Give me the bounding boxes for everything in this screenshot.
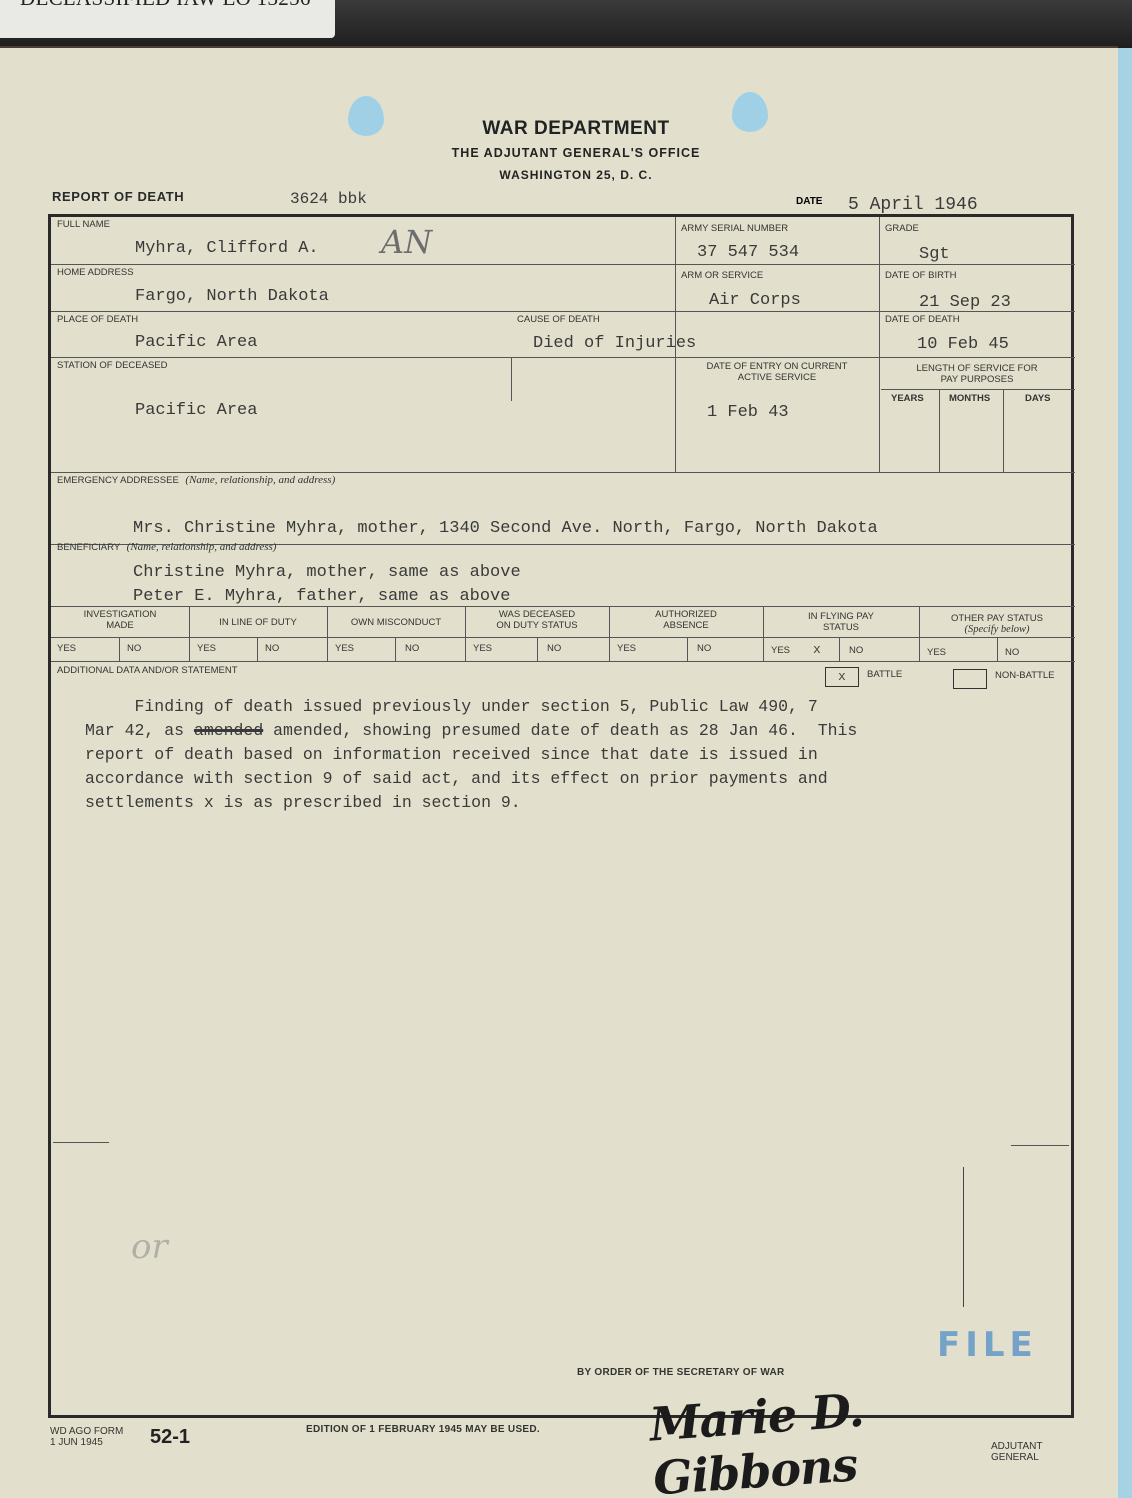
non-battle-checkbox[interactable] bbox=[953, 669, 987, 689]
birth-date-label: DATE OF BIRTH bbox=[885, 270, 956, 281]
statement-line: Finding of death issued previously under… bbox=[85, 695, 1005, 719]
full-name-value: Myhra, Clifford A. bbox=[135, 239, 319, 258]
header-line: ABSENCE bbox=[609, 620, 763, 631]
duty-status-header: WAS DECEASEDON DUTY STATUS bbox=[465, 609, 609, 631]
edition-note: EDITION OF 1 FEBRUARY 1945 MAY BE USED. bbox=[306, 1424, 540, 1435]
grade-value: Sgt bbox=[919, 245, 950, 264]
absence-yes: YES bbox=[617, 643, 636, 654]
emergency-addressee-value: Mrs. Christine Myhra, mother, 1340 Secon… bbox=[133, 519, 878, 538]
header-line: (Specify below) bbox=[919, 624, 1075, 635]
statement-line: accordance with section 9 of said act, a… bbox=[85, 767, 1005, 791]
header-line: STATUS bbox=[763, 622, 919, 633]
absence-no: NO bbox=[697, 643, 711, 654]
form-id: WD AGO FORM 1 JUN 1945 bbox=[50, 1426, 123, 1448]
header-line: WAS DECEASED bbox=[465, 609, 609, 620]
report-date: 5 April 1946 bbox=[848, 195, 978, 215]
declassified-banner: DECLASSIFIED IAW EO 13256 bbox=[0, 0, 335, 38]
department-title: WAR DEPARTMENT bbox=[10, 118, 1132, 140]
additional-data-label: ADDITIONAL DATA AND/OR STATEMENT bbox=[57, 665, 238, 676]
divider bbox=[1003, 389, 1004, 472]
office-subtitle: THE ADJUTANT GENERAL'S OFFICE bbox=[10, 146, 1132, 160]
entry-date-label-line2: ACTIVE SERVICE bbox=[675, 372, 879, 383]
divider bbox=[675, 264, 1075, 265]
serial-number-value: 37 547 534 bbox=[697, 243, 799, 262]
beneficiary-line-1: Christine Myhra, mother, same as above bbox=[133, 563, 521, 582]
header-line: MADE bbox=[51, 620, 189, 631]
years-label: YEARS bbox=[891, 393, 924, 404]
header-line: AUTHORIZED bbox=[609, 609, 763, 620]
birth-date-value: 21 Sep 23 bbox=[919, 293, 1011, 312]
fold-mark bbox=[53, 1142, 109, 1143]
divider bbox=[511, 357, 512, 401]
form-number: 52-1 bbox=[150, 1426, 190, 1449]
divider bbox=[537, 637, 538, 661]
place-of-death-value: Pacific Area bbox=[135, 333, 257, 352]
home-address-label: HOME ADDRESS bbox=[57, 267, 134, 278]
other-pay-yes: YES bbox=[927, 647, 946, 658]
emergency-addressee-label: EMERGENCY ADDRESSEE (Name, relationship,… bbox=[57, 474, 335, 486]
form-body: FULL NAME Myhra, Clifford A. AN ARMY SER… bbox=[48, 214, 1074, 1418]
header-line: IN FLYING PAY bbox=[763, 611, 919, 622]
entry-date-label-line1: DATE OF ENTRY ON CURRENT bbox=[675, 361, 879, 372]
flying-pay-no: NO bbox=[849, 645, 863, 656]
home-address-value: Fargo, North Dakota bbox=[135, 287, 329, 306]
arm-service-value: Air Corps bbox=[709, 291, 801, 310]
death-date-label: DATE OF DEATH bbox=[885, 314, 960, 325]
entry-date-label: DATE OF ENTRY ON CURRENT ACTIVE SERVICE bbox=[675, 361, 879, 383]
date-label: DATE bbox=[796, 196, 822, 207]
divider bbox=[119, 637, 120, 661]
statement-segment: amended, showing presumed date of death … bbox=[263, 721, 857, 740]
divider bbox=[51, 661, 1075, 662]
beneficiary-label-text: BENEFICIARY bbox=[57, 542, 120, 553]
header-line: INVESTIGATION bbox=[51, 609, 189, 620]
flying-pay-header: IN FLYING PAYSTATUS bbox=[763, 611, 919, 633]
misconduct-yes: YES bbox=[335, 643, 354, 654]
margin-pencil-initials: or bbox=[131, 1227, 168, 1267]
service-length-label-line2: PAY PURPOSES bbox=[879, 374, 1075, 385]
statement-line: report of death based on information rec… bbox=[85, 743, 1005, 767]
beneficiary-label: BENEFICIARY (Name, relationship, and add… bbox=[57, 541, 276, 553]
statement-line: settlements x is as prescribed in sectio… bbox=[85, 791, 1005, 815]
by-order-text: BY ORDER OF THE SECRETARY OF WAR bbox=[577, 1367, 785, 1378]
divider bbox=[51, 264, 675, 265]
non-battle-label: NON-BATTLE bbox=[995, 670, 1054, 681]
beneficiary-note: (Name, relationship, and address) bbox=[127, 541, 277, 553]
investigation-no: NO bbox=[127, 643, 141, 654]
file-number: 3624 bbk bbox=[290, 190, 367, 208]
divider bbox=[51, 472, 1075, 473]
station-value: Pacific Area bbox=[135, 401, 257, 420]
full-name-label: FULL NAME bbox=[57, 219, 110, 230]
report-label: REPORT OF DEATH bbox=[52, 189, 184, 204]
header-line: IN LINE OF DUTY bbox=[189, 617, 327, 628]
duty-status-yes: YES bbox=[473, 643, 492, 654]
divider bbox=[257, 637, 258, 661]
line-of-duty-no: NO bbox=[265, 643, 279, 654]
line-of-duty-header: IN LINE OF DUTY bbox=[189, 617, 327, 628]
divider bbox=[939, 389, 940, 472]
death-date-value: 10 Feb 45 bbox=[917, 335, 1009, 354]
pencil-initials: AN bbox=[381, 223, 432, 261]
office-city: WASHINGTON 25, D. C. bbox=[10, 168, 1132, 182]
form-id-line1: WD AGO FORM bbox=[50, 1426, 123, 1437]
station-label: STATION OF DECEASED bbox=[57, 360, 168, 371]
other-pay-header: OTHER PAY STATUS(Specify below) bbox=[919, 613, 1075, 635]
flying-pay-yes: YES bbox=[771, 645, 790, 656]
arm-service-label: ARM OR SERVICE bbox=[681, 270, 763, 281]
service-length-label: LENGTH OF SERVICE FOR PAY PURPOSES bbox=[879, 363, 1075, 385]
divider bbox=[879, 217, 880, 472]
divider bbox=[839, 637, 840, 661]
divider bbox=[189, 606, 190, 661]
fold-mark bbox=[1011, 1145, 1069, 1146]
statement-text: Finding of death issued previously under… bbox=[85, 695, 1005, 815]
investigation-yes: YES bbox=[57, 643, 76, 654]
other-pay-no: NO bbox=[1005, 647, 1019, 658]
entry-date-value: 1 Feb 43 bbox=[707, 403, 789, 422]
months-label: MONTHS bbox=[949, 393, 990, 404]
header-line: OTHER PAY STATUS bbox=[919, 613, 1075, 624]
serial-number-label: ARMY SERIAL NUMBER bbox=[681, 223, 788, 234]
grade-label: GRADE bbox=[885, 223, 919, 234]
signature: Marie D. Gibbons bbox=[648, 1368, 1075, 1498]
divider bbox=[687, 637, 688, 661]
misconduct-header: OWN MISCONDUCT bbox=[327, 617, 465, 628]
authorized-absence-header: AUTHORIZEDABSENCE bbox=[609, 609, 763, 631]
battle-mark: x bbox=[838, 669, 846, 684]
cause-of-death-label: CAUSE OF DEATH bbox=[517, 314, 600, 325]
divider bbox=[51, 637, 1075, 638]
days-label: DAYS bbox=[1025, 393, 1051, 404]
declassified-text: DECLASSIFIED IAW EO 13256 bbox=[20, 0, 335, 2]
flying-pay-yes-mark: x bbox=[813, 642, 821, 657]
service-length-label-line1: LENGTH OF SERVICE FOR bbox=[879, 363, 1075, 374]
pencil-line bbox=[963, 1167, 964, 1307]
cause-of-death-value: Died of Injuries bbox=[533, 334, 696, 353]
investigation-header: INVESTIGATIONMADE bbox=[51, 609, 189, 631]
file-stamp: FILE bbox=[937, 1325, 1038, 1365]
beneficiary-line-2: Peter E. Myhra, father, same as above bbox=[133, 587, 510, 606]
misconduct-no: NO bbox=[405, 643, 419, 654]
header-line: OWN MISCONDUCT bbox=[327, 617, 465, 628]
divider bbox=[881, 389, 1075, 390]
header-line: ON DUTY STATUS bbox=[465, 620, 609, 631]
battle-checkbox[interactable]: x bbox=[825, 667, 859, 687]
emergency-addressee-note: (Name, relationship, and address) bbox=[185, 474, 335, 486]
statement-line: Mar 42, as amended amended, showing pres… bbox=[85, 719, 1005, 743]
place-of-death-label: PLACE OF DEATH bbox=[57, 314, 138, 325]
statement-segment: Mar 42, as bbox=[85, 721, 194, 740]
report-of-death-form-page: WAR DEPARTMENT THE ADJUTANT GENERAL'S OF… bbox=[0, 46, 1118, 1498]
struck-word: amended bbox=[194, 721, 263, 740]
divider bbox=[997, 637, 998, 661]
emergency-addressee-label-text: EMERGENCY ADDRESSEE bbox=[57, 475, 179, 486]
divider bbox=[327, 606, 328, 661]
battle-label: BATTLE bbox=[867, 669, 902, 680]
duty-status-no: NO bbox=[547, 643, 561, 654]
divider bbox=[51, 357, 1075, 358]
divider bbox=[395, 637, 396, 661]
form-id-line2: 1 JUN 1945 bbox=[50, 1437, 123, 1448]
line-of-duty-yes: YES bbox=[197, 643, 216, 654]
divider bbox=[51, 606, 1075, 607]
